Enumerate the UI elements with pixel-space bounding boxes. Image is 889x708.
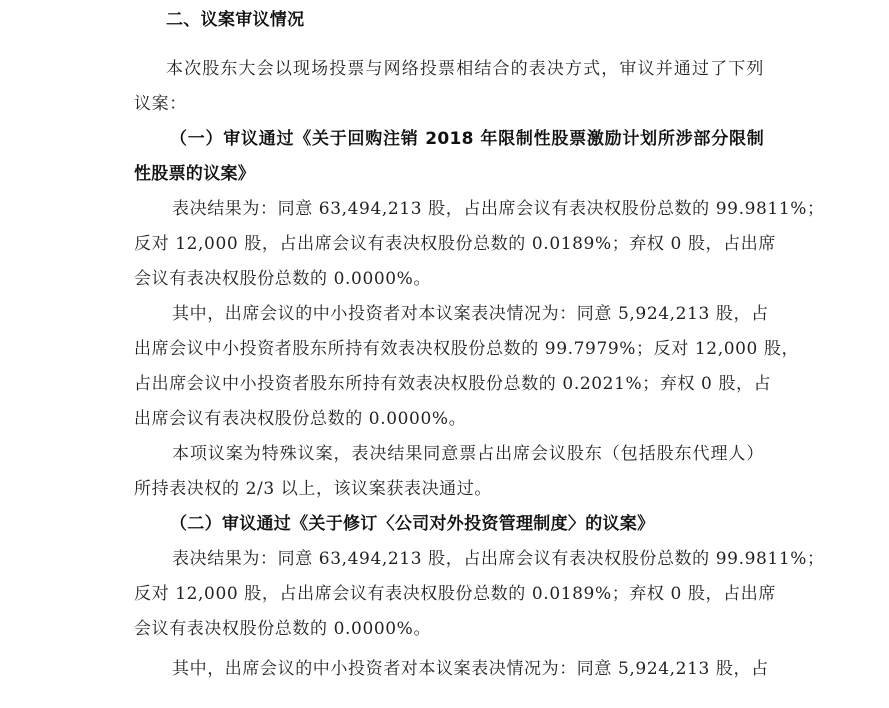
proposal-1-minority-line-2: 出席会议中小投资者股东所持有效表决权股份总数的 99.7979%；反对 12,0… [134,339,764,359]
proposal-2-result-line-3: 会议有表决权股份总数的 0.0000%。 [134,619,431,639]
proposal-1-result-line-3: 会议有表决权股份总数的 0.0000%。 [134,269,431,289]
intro-line-1: 本次股东大会以现场投票与网络投票相结合的表决方式，审议并通过了下列 [166,59,764,79]
section-heading: 二、议案审议情况 [166,10,304,30]
proposal-1-title-line-2: 性股票的议案》 [134,164,255,184]
proposal-2-minority-line-1: 其中，出席会议的中小投资者对本议案表决情况为：同意 5,924,213 股，占 [172,659,764,679]
proposal-2-result-line-1: 表决结果为：同意 63,494,213 股，占出席会议有表决权股份总数的 99.… [172,549,764,569]
proposal-1-title-line-1: （一）审议通过《关于回购注销 2018 年限制性股票激励计划所涉部分限制 [170,129,764,149]
proposal-1-result-line-2: 反对 12,000 股，占出席会议有表决权股份总数的 0.0189%；弃权 0 … [134,234,764,254]
proposal-1-minority-line-3: 占出席会议中小投资者股东所持有效表决权股份总数的 0.2021%；弃权 0 股，… [134,374,764,394]
proposal-1-result-line-1: 表决结果为：同意 63,494,213 股，占出席会议有表决权股份总数的 99.… [172,199,764,219]
intro-line-2: 议案： [134,94,187,114]
proposal-2-title: （二）审议通过《关于修订〈公司对外投资管理制度〉的议案》 [170,514,654,534]
proposal-1-special-line-2: 所持表决权的 2/3 以上，该议案获表决通过。 [134,479,492,499]
proposal-1-minority-line-1: 其中，出席会议的中小投资者对本议案表决情况为：同意 5,924,213 股，占 [172,304,764,324]
proposal-2-result-line-2: 反对 12,000 股，占出席会议有表决权股份总数的 0.0189%；弃权 0 … [134,584,764,604]
proposal-1-special-line-1: 本项议案为特殊议案，表决结果同意票占出席会议股东（包括股东代理人） [172,444,764,464]
proposal-1-minority-line-4: 出席会议有表决权股份总数的 0.0000%。 [134,409,466,429]
